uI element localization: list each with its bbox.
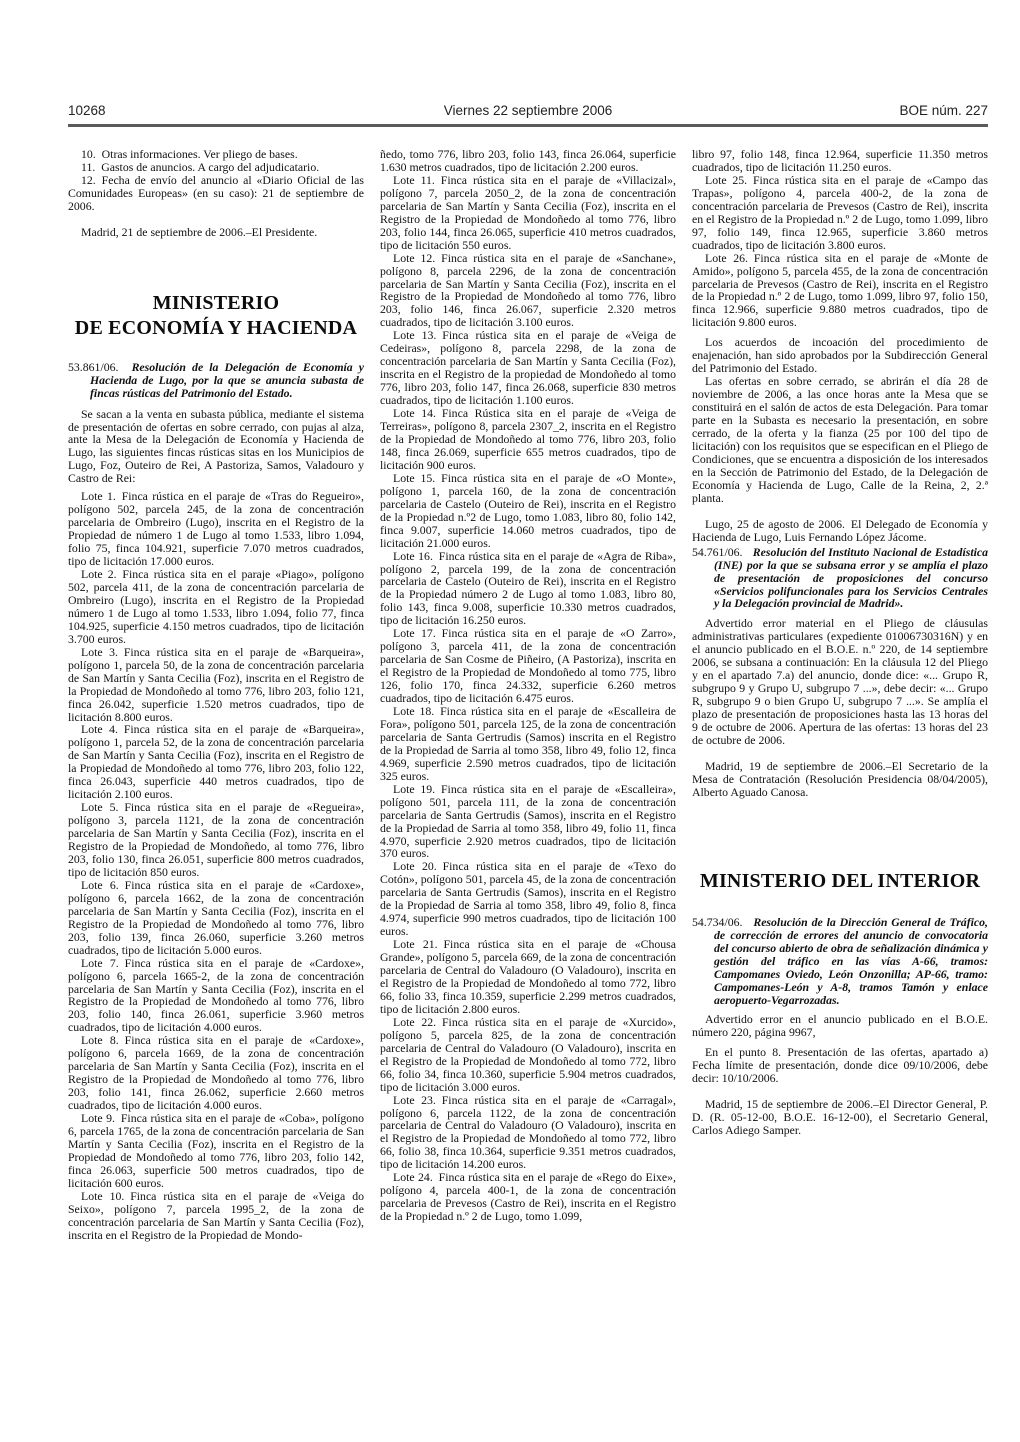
ministry-interior-heading: MINISTERIO DEL INTERIOR: [692, 869, 988, 894]
entry-54734: 54.734/06. Resolución de la Dirección Ge…: [692, 916, 988, 1007]
page-header: 10268 Viernes 22 septiembre 2006 BOE núm…: [68, 103, 988, 118]
header-issue: BOE núm. 227: [899, 103, 988, 118]
entry-54761-body: Advertido error material en el Pliego de…: [692, 617, 988, 747]
ministry-economia-line1: MINISTERIO: [68, 291, 364, 316]
lote-15: Lote 15. Finca rústica sita en el paraje…: [380, 472, 676, 550]
lote-13: Lote 13. Finca rústica sita en el paraje…: [380, 329, 676, 407]
lote-1: Lote 1. Finca rústica en el paraje de «T…: [68, 490, 364, 568]
signature-delegado-lugo: Lugo, 25 de agosto de 2006. El Delegado …: [692, 518, 988, 544]
lote-24: Lote 24. Finca rústica sita en el paraje…: [380, 1171, 676, 1223]
entry-54734-number: 54.734/06.: [692, 915, 742, 929]
ofertas-paragraph: Las ofertas en sobre cerrado, se abrirán…: [692, 375, 988, 505]
entry-54761-title: Resolución del Instituto Nacional de Est…: [714, 545, 988, 611]
lote-7: Lote 7. Finca rústica sita en el paraje …: [68, 957, 364, 1035]
lote-3: Lote 3. Finca rústica sita en el paraje …: [68, 646, 364, 724]
entry-53861-title: Resolución de la Delegación de Economía …: [90, 360, 364, 400]
lote-26: Lote 26. Finca rústica sita en el paraje…: [692, 252, 988, 330]
lote-10-continuation: ñedo, tomo 776, libro 203, folio 143, fi…: [380, 148, 676, 174]
content-columns: 10. Otras informaciones. Ver pliego de b…: [68, 148, 988, 1242]
entry-54761-number: 54.761/06.: [692, 545, 742, 559]
lote-24-continuation: libro 97, folio 148, finca 12.964, super…: [692, 148, 988, 174]
lote-6: Lote 6. Finca rústica sita en el paraje …: [68, 879, 364, 957]
lote-17: Lote 17. Finca rústica sita en el paraje…: [380, 627, 676, 705]
lote-11: Lote 11. Finca rústica sita en el paraje…: [380, 174, 676, 252]
entry-53861: 53.861/06. Resolución de la Delegación d…: [68, 361, 364, 400]
column-1: 10. Otras informaciones. Ver pliego de b…: [68, 148, 364, 1242]
auction-intro: Se sacan a la venta en subasta pública, …: [68, 408, 364, 486]
lote-12: Lote 12. Finca rústica sita en el paraje…: [380, 252, 676, 330]
entry-54734-title: Resolución de la Dirección General de Tr…: [714, 915, 988, 1007]
lote-22: Lote 22. Finca rústica sita en el paraje…: [380, 1016, 676, 1094]
signature-secretario-mesa: Madrid, 19 de septiembre de 2006.–El Sec…: [692, 760, 988, 799]
lote-2: Lote 2. Finca rústica sita en el paraje …: [68, 568, 364, 646]
lote-19: Lote 19. Finca rústica sita en el paraje…: [380, 783, 676, 861]
lote-5: Lote 5. Finca rústica sita en el paraje …: [68, 801, 364, 879]
lote-18: Lote 18. Finca rústica sita en el paraje…: [380, 705, 676, 783]
entry-54734-p1: Advertido error en el anuncio publicado …: [692, 1013, 988, 1039]
lote-9: Lote 9. Finca rústica sita en el paraje …: [68, 1112, 364, 1190]
lote-10: Lote 10. Finca rústica sita en el paraje…: [68, 1190, 364, 1242]
entry-54734-p2: En el punto 8. Presentación de las ofert…: [692, 1046, 988, 1085]
header-rule: [68, 124, 988, 127]
ministry-economia-heading: MINISTERIO DE ECONOMÍA Y HACIENDA: [68, 291, 364, 341]
lote-25: Lote 25. Finca rústica sita en el paraje…: [692, 174, 988, 252]
lote-23: Lote 23. Finca rústica sita en el paraje…: [380, 1094, 676, 1172]
lote-21: Lote 21. Finca rústica sita en el paraje…: [380, 938, 676, 1016]
entry-53861-number: 53.861/06.: [68, 360, 118, 374]
lote-20: Lote 20. Finca rústica sita en el paraje…: [380, 860, 676, 938]
ministry-economia-line2: DE ECONOMÍA Y HACIENDA: [68, 316, 364, 341]
lote-16: Lote 16. Finca rústica sita en el paraje…: [380, 550, 676, 628]
acuerdos-paragraph: Los acuerdos de incoación del procedimie…: [692, 336, 988, 375]
list-item-11: 11. Gastos de anuncios. A cargo del adju…: [68, 161, 364, 174]
lote-4: Lote 4. Finca rústica sita en el paraje …: [68, 723, 364, 801]
page-number: 10268: [68, 103, 106, 118]
list-item-10: 10. Otras informaciones. Ver pliego de b…: [68, 148, 364, 161]
signature-director-general: Madrid, 15 de septiembre de 2006.–El Dir…: [692, 1098, 988, 1137]
lote-14: Lote 14. Finca Rústica sita en el paraje…: [380, 407, 676, 472]
column-3: libro 97, folio 148, finca 12.964, super…: [692, 148, 988, 1242]
entry-54761: 54.761/06. Resolución del Instituto Naci…: [692, 546, 988, 611]
lote-8: Lote 8. Finca rústica sita en el paraje …: [68, 1034, 364, 1112]
signature-presidente: Madrid, 21 de septiembre de 2006.–El Pre…: [68, 226, 364, 239]
header-date: Viernes 22 septiembre 2006: [68, 103, 988, 118]
list-item-12: 12. Fecha de envío del anuncio al «Diari…: [68, 174, 364, 213]
column-2: ñedo, tomo 776, libro 203, folio 143, fi…: [380, 148, 676, 1242]
